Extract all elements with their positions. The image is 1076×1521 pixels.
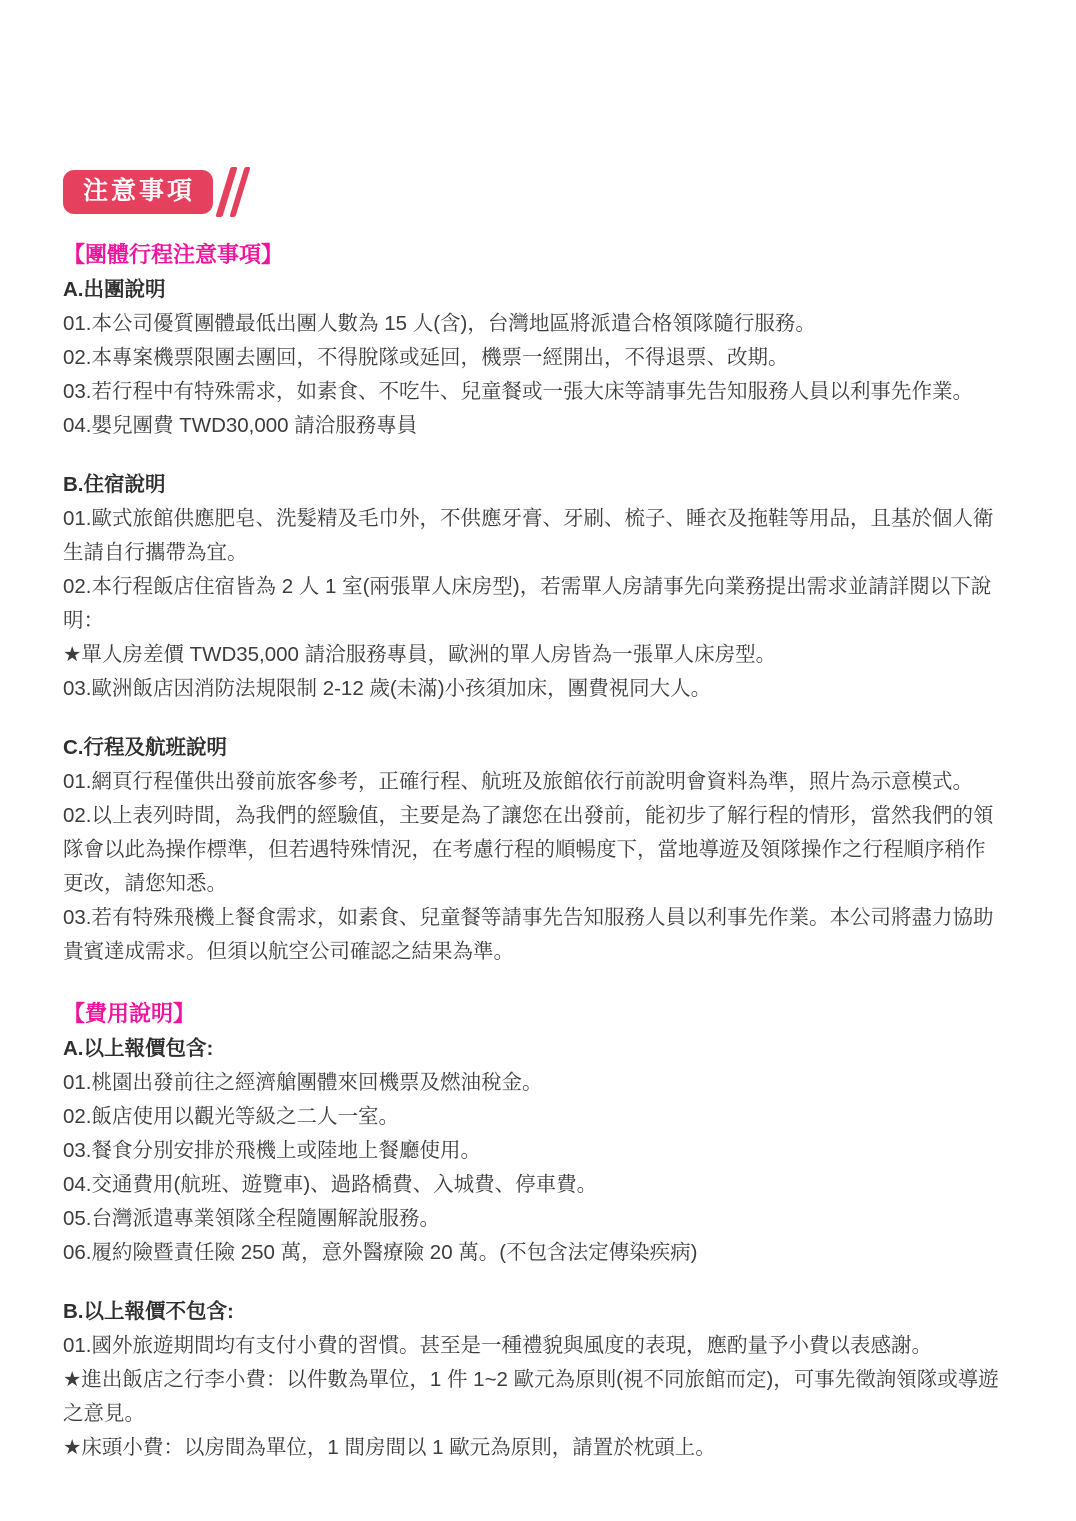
subsection-title: A.以上報價包含: <box>63 1032 1003 1066</box>
subsection-price-includes: A.以上報價包含: 01.桃園出發前往之經濟艙團體來回機票及燃油稅金。 02.飯… <box>63 1032 1003 1270</box>
notice-item: 02.本專案機票限團去團回，不得脫隊或延回，機票一經開出，不得退票、改期。 <box>63 341 1003 375</box>
group-heading: 【費用說明】 <box>63 997 1003 1031</box>
notice-badge-row: 注意事項 <box>63 168 1003 216</box>
subsection-title: A.出團說明 <box>63 273 1003 307</box>
subsection-accommodation: B.住宿說明 01.歐式旅館供應肥皂、洗髮精及毛巾外，不供應牙膏、牙刷、梳子、睡… <box>63 468 1003 706</box>
notice-item: 04.交通費用(航班、遊覽車)、過路橋費、入城費、停車費。 <box>63 1168 1003 1202</box>
notice-item: ★床頭小費：以房間為單位，1 間房間以 1 歐元為原則，請置於枕頭上。 <box>63 1431 1003 1465</box>
group-heading: 【團體行程注意事項】 <box>63 238 1003 272</box>
notice-item: 03.歐洲飯店因消防法規限制 2-12 歲(未滿)小孩須加床，團費視同大人。 <box>63 672 1003 706</box>
notice-item: ★單人房差價 TWD35,000 請洽服務專員，歐洲的單人房皆為一張單人床房型。 <box>63 638 1003 672</box>
notice-item: 01.歐式旅館供應肥皂、洗髮精及毛巾外，不供應牙膏、牙刷、梳子、睡衣及拖鞋等用品… <box>63 502 1003 570</box>
notice-item: 05.台灣派遣專業領隊全程隨團解說服務。 <box>63 1202 1003 1236</box>
notice-item: 01.桃園出發前往之經濟艙團體來回機票及燃油稅金。 <box>63 1066 1003 1100</box>
notice-badge-label: 注意事項 <box>83 177 195 205</box>
subsection-departure: A.出團說明 01.本公司優質團體最低出團人數為 15 人(含)，台灣地區將派遣… <box>63 273 1003 443</box>
notice-item: 02.以上表列時間，為我們的經驗值，主要是為了讓您在出發前，能初步了解行程的情形… <box>63 799 1003 901</box>
notice-item: 01.本公司優質團體最低出團人數為 15 人(含)，台灣地區將派遣合格領隊隨行服… <box>63 307 1003 341</box>
notice-item: 04.嬰兒團費 TWD30,000 請洽服務專員 <box>63 409 1003 443</box>
notice-item: 03.若有特殊飛機上餐食需求，如素食、兒童餐等請事先告知服務人員以利事先作業。本… <box>63 901 1003 969</box>
notice-item: 03.若行程中有特殊需求，如素食、不吃牛、兒童餐或一張大床等請事先告知服務人員以… <box>63 375 1003 409</box>
notice-item: ★進出飯店之行李小費：以件數為單位，1 件 1~2 歐元為原則(視不同旅館而定)… <box>63 1363 1003 1431</box>
notice-item: 06.履約險暨責任險 250 萬，意外醫療險 20 萬。(不包含法定傳染疾病) <box>63 1236 1003 1270</box>
group-fee-notes: 【費用說明】 A.以上報價包含: 01.桃園出發前往之經濟艙團體來回機票及燃油稅… <box>63 997 1003 1465</box>
notice-item: 03.餐食分別安排於飛機上或陸地上餐廳使用。 <box>63 1134 1003 1168</box>
notice-item: 02.本行程飯店住宿皆為 2 人 1 室(兩張單人床房型)，若需單人房請事先向業… <box>63 570 1003 638</box>
subsection-title: C.行程及航班說明 <box>63 731 1003 765</box>
notice-item: 01.國外旅遊期間均有支付小費的習慣。甚至是一種禮貌與風度的表現，應酌量予小費以… <box>63 1329 1003 1363</box>
subsection-title: B.住宿說明 <box>63 468 1003 502</box>
notice-item: 02.飯店使用以觀光等級之二人一室。 <box>63 1100 1003 1134</box>
notice-page: 注意事項 【團體行程注意事項】 A.出團說明 01.本公司優質團體最低出團人數為… <box>0 0 1076 1521</box>
group-itinerary-notes: 【團體行程注意事項】 A.出團說明 01.本公司優質團體最低出團人數為 15 人… <box>63 238 1003 969</box>
subsection-flight: C.行程及航班說明 01.網頁行程僅供出發前旅客參考，正確行程、航班及旅館依行前… <box>63 731 1003 969</box>
notice-item: 01.網頁行程僅供出發前旅客參考，正確行程、航班及旅館依行前說明會資料為準，照片… <box>63 765 1003 799</box>
subsection-price-excludes: B.以上報價不包含: 01.國外旅遊期間均有支付小費的習慣。甚至是一種禮貌與風度… <box>63 1295 1003 1465</box>
subsection-title: B.以上報價不包含: <box>63 1295 1003 1329</box>
notice-badge: 注意事項 <box>63 170 213 215</box>
